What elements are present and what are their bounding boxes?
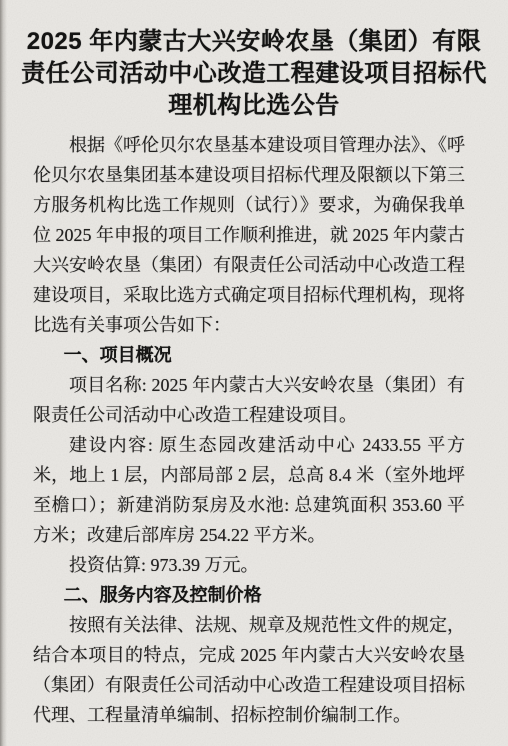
body-paragraph: 项目名称: 2025 年内蒙古大兴安岭农垦（集团）有限责任公司活动中心改造工程建… bbox=[33, 370, 465, 430]
document-body: 根据《呼伦贝尔农垦基本建设项目管理办法》、《呼伦贝尔农垦集团基本建设项目招标代理… bbox=[33, 130, 465, 730]
body-paragraph: 投资估算: 973.39 万元。 bbox=[33, 550, 465, 580]
body-paragraph: 根据《呼伦贝尔农垦基本建设项目管理办法》、《呼伦贝尔农垦集团基本建设项目招标代理… bbox=[33, 130, 465, 340]
section-heading: 一、项目概况 bbox=[33, 340, 465, 370]
section-heading: 二、服务内容及控制价格 bbox=[33, 580, 465, 610]
body-paragraph: 建设内容: 原生态园改建活动中心 2433.55 平方米，地上 1 层，内部局部… bbox=[33, 430, 465, 550]
document-title: 2025 年内蒙古大兴安岭农垦（集团）有限责任公司活动中心改造工程建设项目招标代… bbox=[0, 26, 508, 122]
document-content: 2025 年内蒙古大兴安岭农垦（集团）有限责任公司活动中心改造工程建设项目招标代… bbox=[0, 0, 508, 730]
scan-edge-shadow bbox=[0, 0, 7, 746]
document-page: 2025 年内蒙古大兴安岭农垦（集团）有限责任公司活动中心改造工程建设项目招标代… bbox=[0, 0, 508, 746]
body-paragraph: 按照有关法律、法规、规章及规范性文件的规定，结合本项目的特点，完成 2025 年… bbox=[33, 610, 465, 730]
